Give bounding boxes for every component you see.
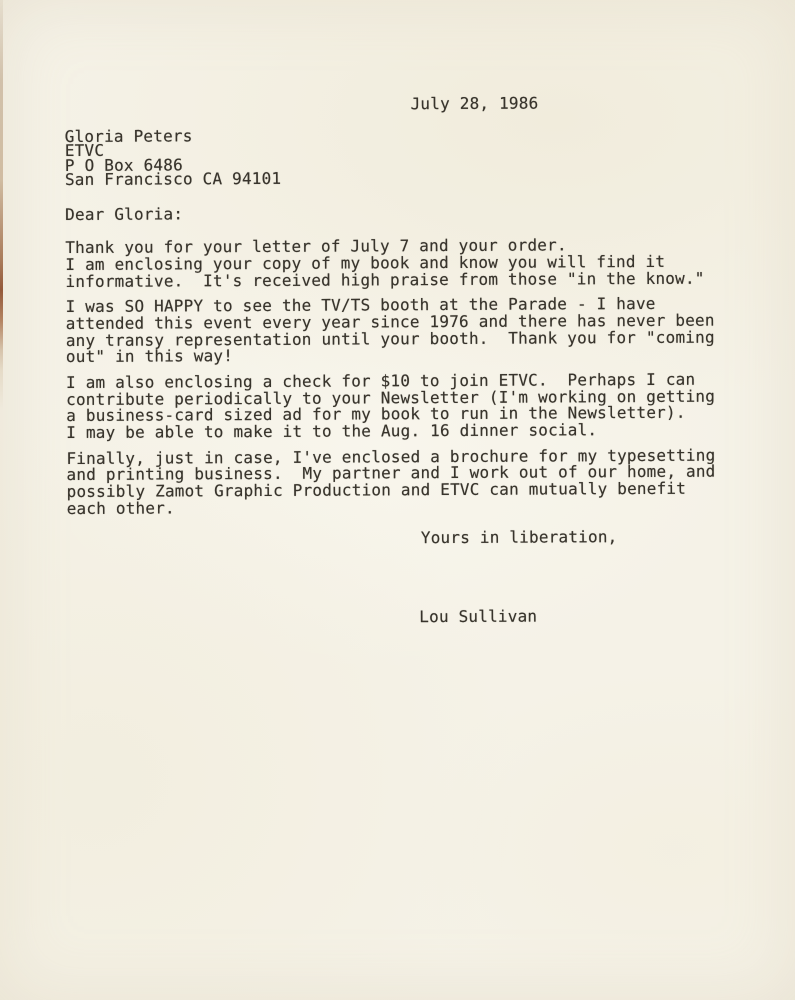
letter-line: informative. It's received high praise f… xyxy=(65,270,714,290)
letter-line: I may be able to make it to the Aug. 16 … xyxy=(66,422,715,442)
letter-page: July 28, 1986 Gloria PetersETVCP O Box 6… xyxy=(0,0,795,1000)
letter-line: out" in this way! xyxy=(66,346,715,366)
letter-body: Thank you for your letter of July 7 and … xyxy=(65,237,715,527)
letter-date: July 28, 1986 xyxy=(411,96,539,113)
letter-paragraph: I am also enclosing a check for $10 to j… xyxy=(66,371,715,442)
letter-paragraph: Thank you for your letter of July 7 and … xyxy=(65,237,714,291)
letter-line: San Francisco CA 94101 xyxy=(65,172,281,188)
closing-line: Yours in liberation, xyxy=(421,529,618,547)
letter-content: July 28, 1986 Gloria PetersETVCP O Box 6… xyxy=(0,0,795,1000)
signature-name: Lou Sullivan xyxy=(419,609,537,626)
letter-paragraph: Finally, just in case, I've enclosed a b… xyxy=(66,447,715,518)
salutation: Dear Gloria: xyxy=(65,206,183,223)
letter-paragraph: I was SO HAPPY to see the TV/TS booth at… xyxy=(66,296,715,367)
letter-line: each other. xyxy=(67,498,716,518)
recipient-address-block: Gloria PetersETVCP O Box 6486San Francis… xyxy=(65,129,282,188)
